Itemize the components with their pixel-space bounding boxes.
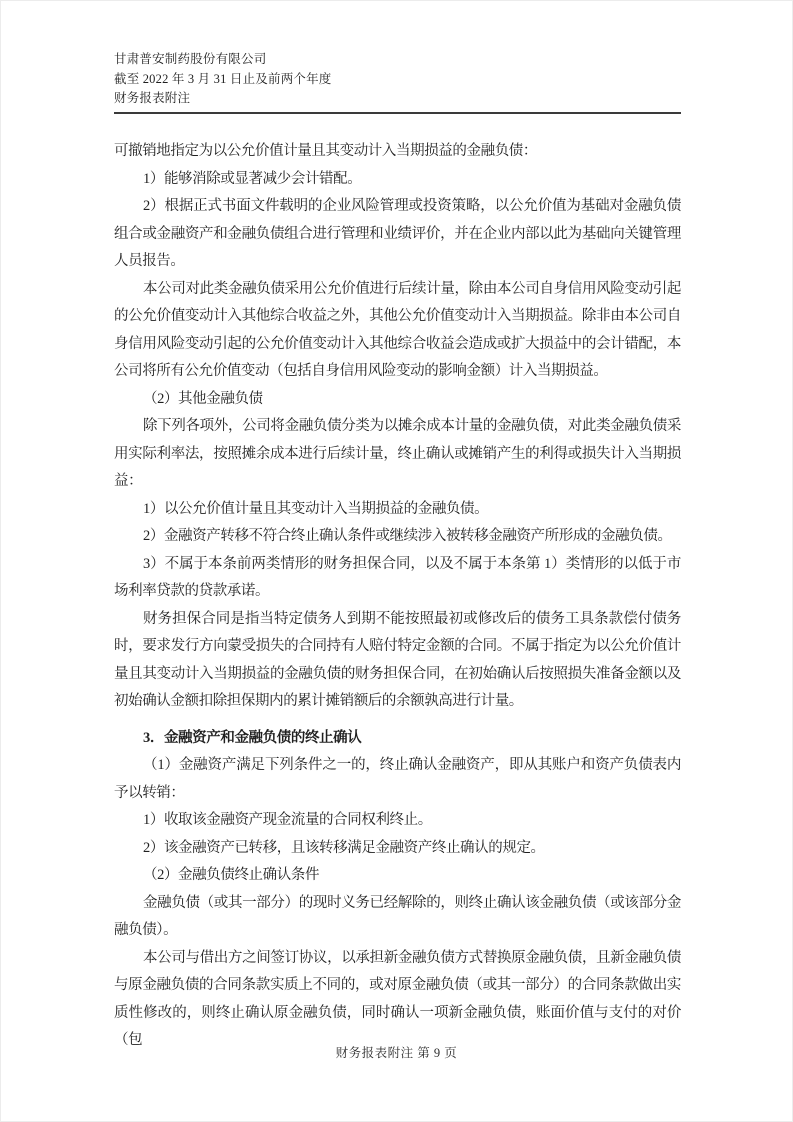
list-item: 2）金融资产转移不符合终止确认条件或继续涉入被转移金融资产所形成的金融负债。 <box>114 523 681 551</box>
paragraph: 财务担保合同是指当特定债务人到期不能按照最初或修改后的债务工具条款偿付债务时，要… <box>114 606 681 716</box>
list-item: 2）根据正式书面文件载明的企业风险管理或投资策略，以公允价值为基础对金融负债组合… <box>114 193 681 276</box>
document-body: 可撤销地指定为以公允价值计量且其变动计入当期损益的金融负债： 1）能够消除或显著… <box>114 138 681 1055</box>
list-item: 1）收取该金融资产现金流量的合同权利终止。 <box>114 807 681 835</box>
paragraph: 本公司对此类金融负债采用公允价值进行后续计量，除由本公司自身信用风险变动引起的公… <box>114 276 681 386</box>
header-period: 截至 2022 年 3 月 31 日止及前两个年度 <box>114 70 681 90</box>
sub-heading: （2）其他金融负债 <box>114 386 681 414</box>
paragraph-continuation: 可撤销地指定为以公允价值计量且其变动计入当期损益的金融负债： <box>114 138 681 166</box>
footer-page-label: 财务报表附注 第 9 页 <box>336 1046 458 1060</box>
list-item: 2）该金融资产已转移，且该转移满足金融资产终止确认的规定。 <box>114 835 681 863</box>
list-item: 1）能够消除或显著减少会计错配。 <box>114 166 681 194</box>
page-footer: 财务报表附注 第 9 页 <box>1 1043 792 1061</box>
section-heading: 3．金融资产和金融负债的终止确认 <box>114 725 681 753</box>
header-company-name: 甘肃普安制药股份有限公司 <box>114 50 681 70</box>
document-page: 甘肃普安制药股份有限公司 截至 2022 年 3 月 31 日止及前两个年度 财… <box>0 0 793 1122</box>
paragraph: 本公司与借出方之间签订协议，以承担新金融负债方式替换原金融负债，且新金融负债与原… <box>114 945 681 1055</box>
paragraph: 金融负债（或其一部分）的现时义务已经解除的，则终止确认该金融负债（或该部分金融负… <box>114 890 681 945</box>
paragraph: （1）金融资产满足下列条件之一的，终止确认金融资产，即从其账户和资产负债表内予以… <box>114 752 681 807</box>
header-doc-title: 财务报表附注 <box>114 89 681 109</box>
page-header: 甘肃普安制药股份有限公司 截至 2022 年 3 月 31 日止及前两个年度 财… <box>114 50 681 114</box>
sub-heading: （2）金融负债终止确认条件 <box>114 862 681 890</box>
list-item: 3）不属于本条前两类情形的财务担保合同，以及不属于本条第 1）类情形的以低于市场… <box>114 551 681 606</box>
list-item: 1）以公允价值计量且其变动计入当期损益的金融负债。 <box>114 496 681 524</box>
paragraph: 除下列各项外，公司将金融负债分类为以摊余成本计量的金融负债，对此类金融负债采用实… <box>114 413 681 496</box>
